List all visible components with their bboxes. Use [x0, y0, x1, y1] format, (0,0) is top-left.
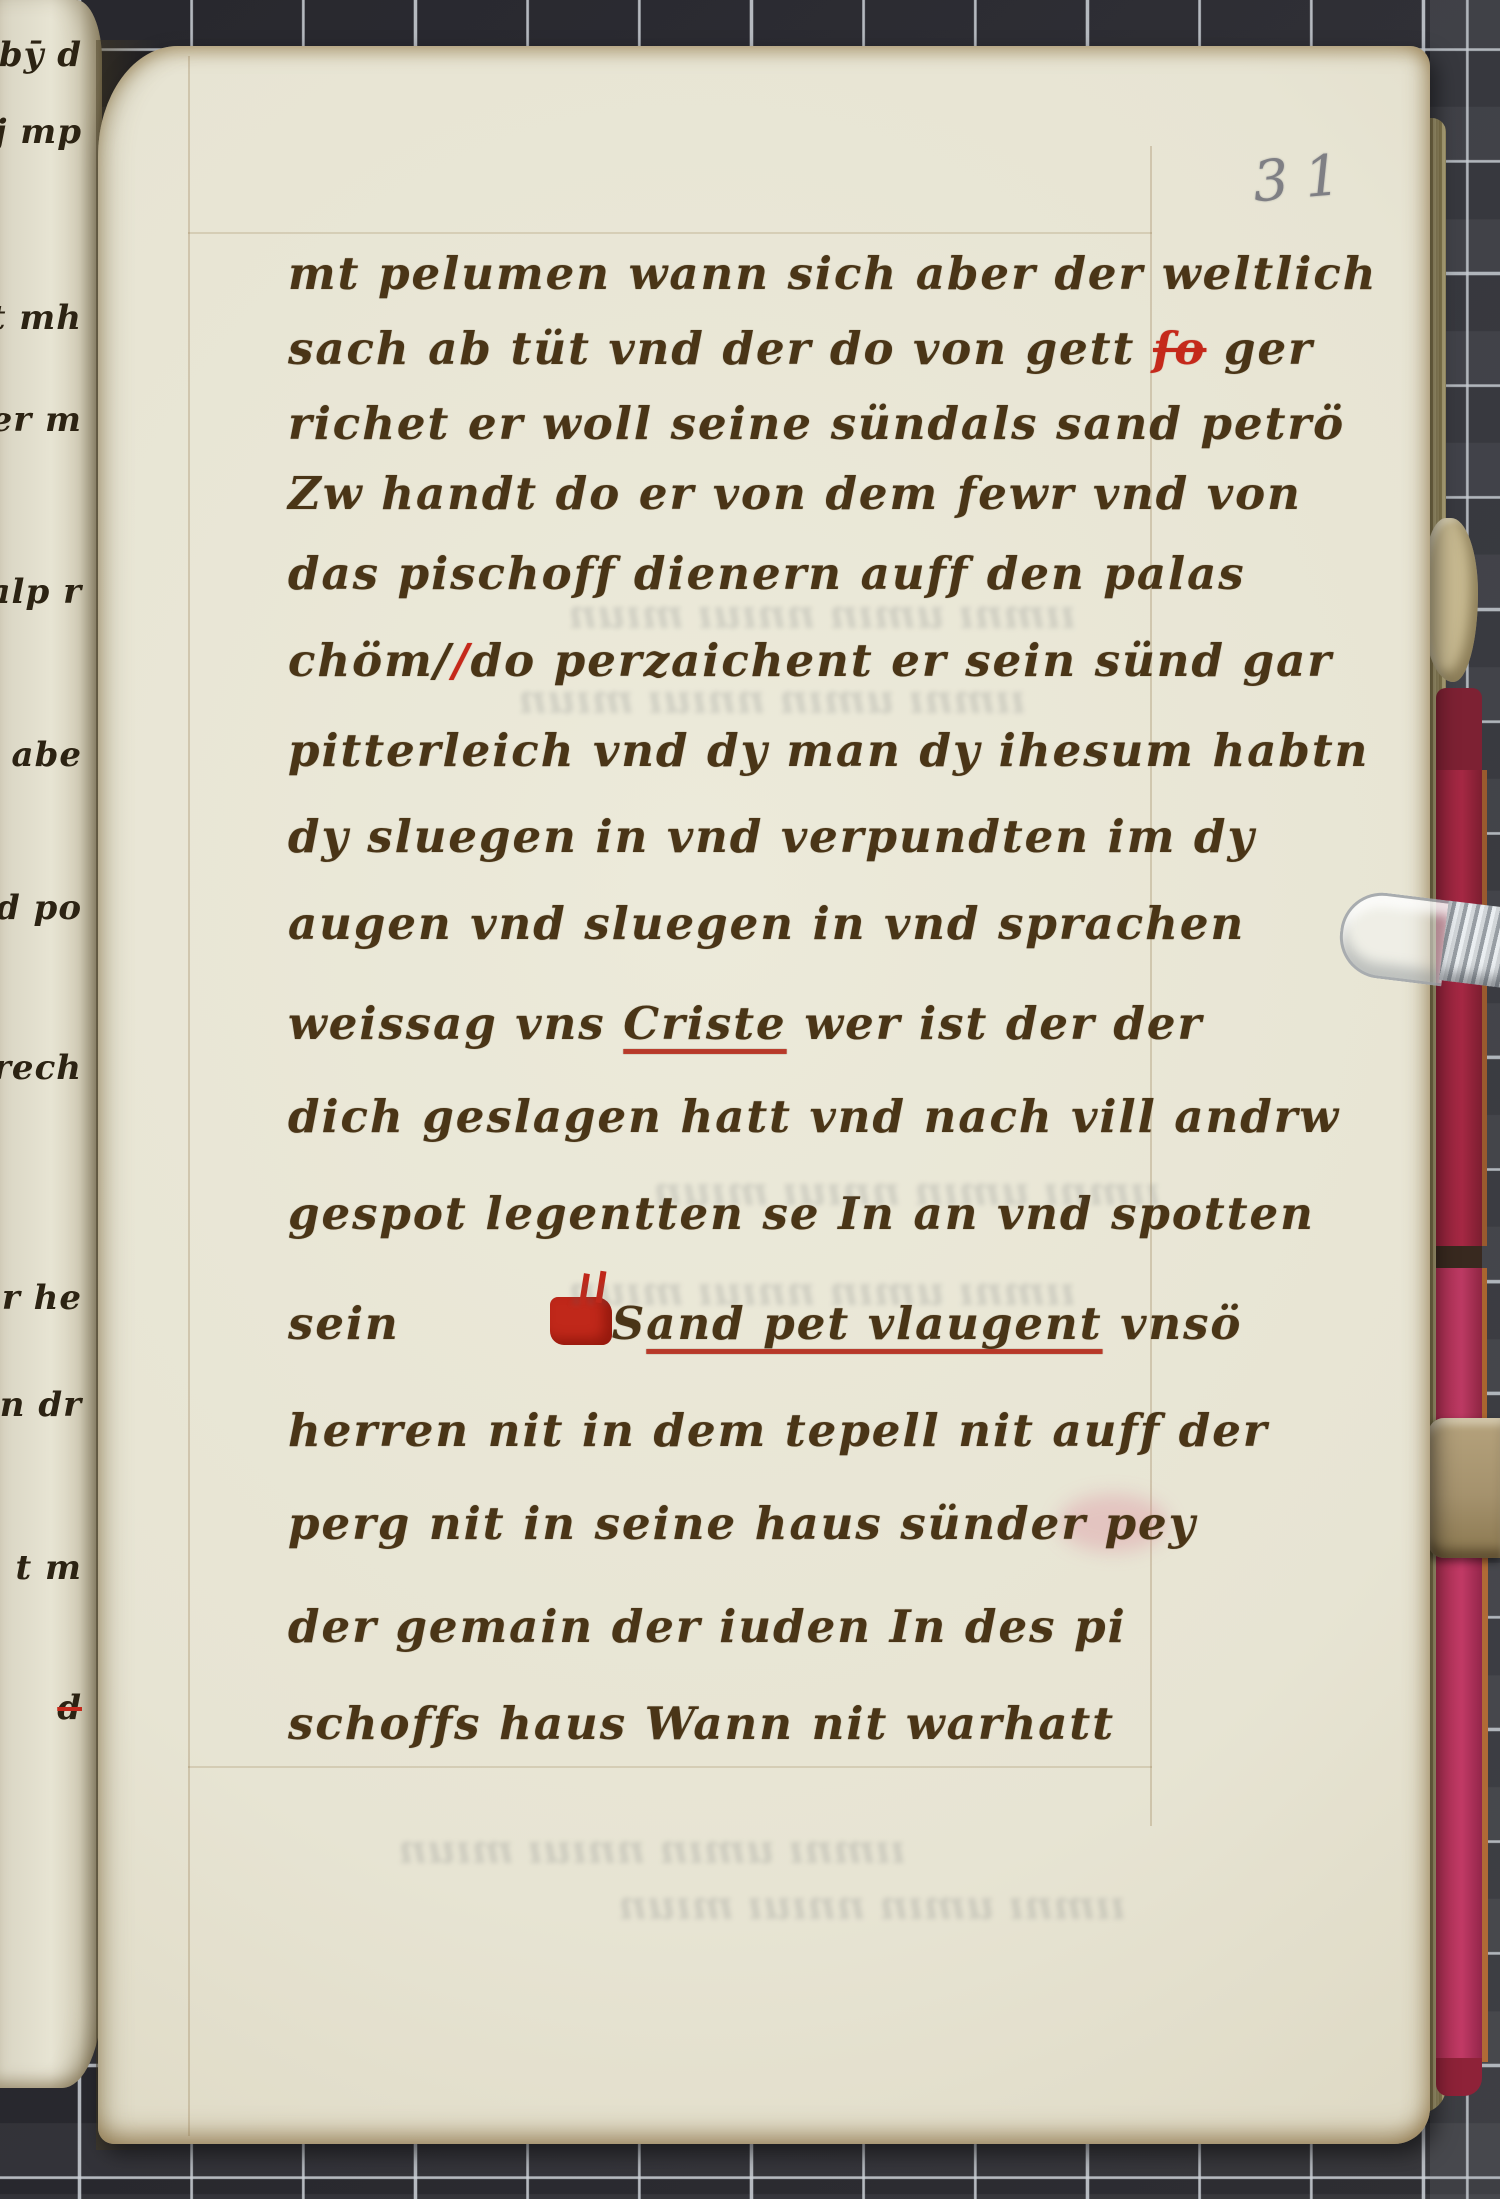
leather-clasp-strap	[1428, 1418, 1500, 1558]
manuscript-line: dich geslagen hatt vnd nach vill andrw	[288, 1090, 1268, 1143]
manuscript-text-segment: weissag vns	[288, 997, 623, 1050]
manuscript-line: weissag vns Criste wer ist der der	[288, 997, 1268, 1050]
cover-notch	[1436, 1246, 1482, 1268]
manuscript-text-segment: chöm/	[288, 634, 452, 687]
manuscript-text-segment: Criste	[623, 997, 786, 1050]
prev-page-text-fragment: k rech	[0, 1048, 82, 1088]
manuscript-line: Zw handt do er von dem fewr vnd von	[288, 467, 1268, 520]
prev-page-text-fragment: d	[57, 1688, 82, 1728]
ink-show-through: ıımnı umın nnıuı mıun	[518, 676, 1026, 723]
manuscript-text-segment: mt pelumen wann sich aber der weltlich	[288, 247, 1377, 300]
manuscript-text-segment: Zw handt do er von dem fewr vnd von	[288, 467, 1302, 520]
prev-page-text-fragment: t m	[15, 1548, 82, 1588]
prev-page-text-fragment: en dr	[0, 1385, 82, 1425]
ink-show-through: ıımnı umın nnıuı mıun	[568, 1268, 1076, 1315]
velvet-cover-edge	[1436, 688, 1482, 772]
manuscript-text-segment: herren nit in dem tepell nit auff der	[288, 1404, 1269, 1457]
ink-show-through: ıımnı umın nnıuı mıun	[653, 1168, 1161, 1215]
ink-show-through: ıımnı umın nnıuı mıun	[618, 1882, 1126, 1929]
previous-page-edge: habȳ dpej mpt mher malp rhan abed pok re…	[0, 0, 102, 2088]
text-block: mt pelumen wann sich aber der weltlichsa…	[98, 46, 1430, 2144]
manuscript-line: der gemain der iuden In des pi	[288, 1600, 1268, 1653]
manuscript-text-segment: sein	[288, 1297, 400, 1350]
manuscript-line: schoffs haus Wann nit warhatt	[288, 1697, 1268, 1750]
manuscript-line: herren nit in dem tepell nit auff der	[288, 1404, 1268, 1457]
prev-page-text-fragment: pej mp	[0, 112, 82, 152]
manuscript-line: pitterleich vnd dy man dy ihesum habtn	[288, 724, 1268, 777]
manuscript-page: 31 mt pelumen wann sich aber der weltlic…	[98, 46, 1430, 2144]
manuscript-line: mt pelumen wann sich aber der weltlich	[288, 247, 1268, 300]
manuscript-text-segment: wer ist der der	[787, 997, 1204, 1050]
ink-show-through: ıımnı umın nnıuı mıun	[398, 1826, 906, 1873]
manuscript-text-segment: perg nit in seine haus sünder pey	[288, 1497, 1197, 1550]
manuscript-text-segment: dy sluegen in vnd verpundten im dy	[288, 810, 1256, 863]
manuscript-text-segment: der gemain der iuden In des pi	[288, 1600, 1127, 1653]
manuscript-text-segment: augen vnd sluegen in vnd sprachen	[288, 897, 1245, 950]
manuscript-text-segment: schoffs haus Wann nit warhatt	[288, 1697, 1115, 1750]
rubric-mark: ſo	[1153, 322, 1206, 375]
prev-page-text-fragment: han abe	[0, 735, 82, 775]
velvet-cover-edge	[1436, 770, 1487, 1246]
manuscript-photo: habȳ dpej mpt mher malp rhan abed pok re…	[0, 0, 1500, 2199]
ink-show-through: ıımnı umın nnıuı mıun	[568, 591, 1076, 638]
rubric-mark: /	[452, 634, 470, 687]
manuscript-line: sach ab tüt vnd der do von gett ſo ger	[288, 322, 1268, 375]
prev-page-text-fragment: alp r	[0, 572, 82, 612]
clip-metal-arm	[1439, 901, 1500, 988]
parchment-tab	[1424, 518, 1478, 682]
velvet-cover-edge	[1436, 1268, 1487, 1420]
velvet-cover-edge	[1436, 2058, 1482, 2096]
manuscript-line: richet er woll seine sündals sand petrö	[288, 397, 1268, 450]
manuscript-line: augen vnd sluegen in vnd sprachen	[288, 897, 1268, 950]
manuscript-text-segment: richet er woll seine sündals sand petrö	[288, 397, 1345, 450]
manuscript-text-segment: vnsö	[1103, 1297, 1243, 1350]
manuscript-line: dy sluegen in vnd verpundten im dy	[288, 810, 1268, 863]
prev-page-text-fragment: d po	[0, 888, 82, 928]
manuscript-text-segment: pitterleich vnd dy man dy ihesum habtn	[288, 724, 1369, 777]
manuscript-text-segment: ger	[1206, 322, 1313, 375]
prev-page-text-fragment: er he	[0, 1278, 82, 1318]
manuscript-text-segment: dich geslagen hatt vnd nach vill andrw	[288, 1090, 1340, 1143]
manuscript-text-segment: sach ab tüt vnd der do von gett	[288, 322, 1153, 375]
velvet-cover-edge	[1436, 1556, 1488, 2062]
prev-page-text-fragment: t mh	[0, 298, 82, 338]
prev-page-text-fragment: er m	[0, 400, 82, 440]
prev-page-text-fragment: habȳ d	[0, 35, 82, 75]
manuscript-line: perg nit in seine haus sünder pey	[288, 1497, 1268, 1550]
plastic-page-holder-clip	[1336, 888, 1500, 988]
